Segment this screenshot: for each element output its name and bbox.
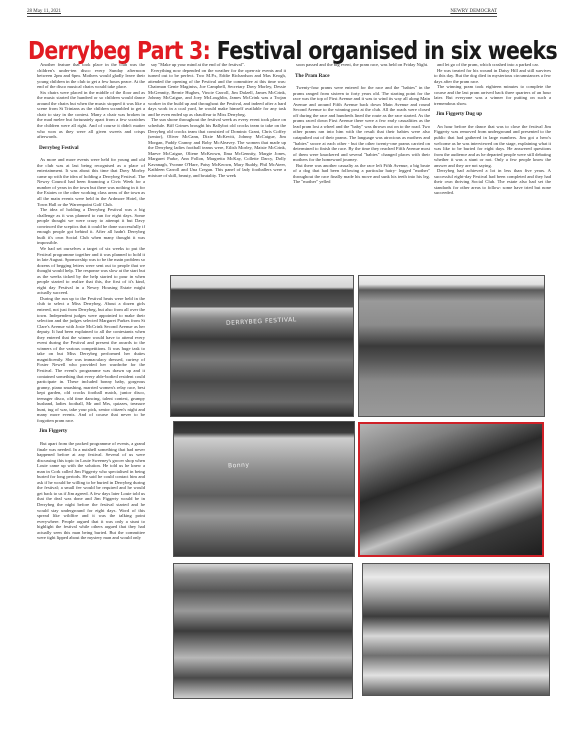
- photo-image: [171, 276, 353, 416]
- paragraph: But there was another casualty as the ra…: [293, 163, 430, 185]
- paragraph: An hour before the dance that was to clo…: [434, 124, 551, 168]
- subheading-pram-race: The Pram Race: [295, 74, 430, 80]
- paragraph: soon passed and the big event, the pram …: [293, 62, 430, 68]
- photo-festival-float-children: DERRYBEG FESTIVAL: [170, 275, 354, 417]
- photo-bonny-baby-contest: Bonny: [173, 421, 355, 557]
- paragraph: Another feature that took place in the c…: [37, 62, 145, 90]
- paragraph: As more and more events were held for yo…: [37, 157, 145, 207]
- headline-series-label: Derrybeg Part 3:: [28, 36, 210, 65]
- paragraph: Six chairs were placed in the middle of …: [37, 90, 145, 140]
- photo-image: [359, 276, 544, 416]
- paragraph: The sun shone throughout the festival we…: [148, 117, 286, 178]
- paragraph: He was treated for his wound in Daisy Hi…: [434, 68, 551, 85]
- paragraph: We had set ourselves a target of six wee…: [37, 246, 145, 296]
- paragraph: Everything now depended on the weather f…: [148, 68, 286, 118]
- photo-children-fancy-dress: [362, 563, 550, 696]
- paragraph: But apart from the packed programme of e…: [37, 441, 145, 541]
- header-rule: [27, 11, 497, 17]
- paragraph: Twenty-four prams were entered for the r…: [293, 85, 430, 163]
- subheading-derrybeg-festival: Derrybeg Festival: [39, 146, 145, 152]
- photo-image: [174, 564, 352, 698]
- article-column-1: Another feature that took place in the c…: [37, 62, 145, 541]
- subheading-jim-figgerty-dug-up: Jim Figgerty Dug up: [436, 112, 551, 118]
- photo-children-prams: [173, 563, 353, 699]
- paragraph: During the run up to the Festival heats …: [37, 296, 145, 424]
- article-column-2: say "Make up your mind at the end of the…: [148, 62, 286, 178]
- headline-main: Festival organised in six weeks: [210, 36, 557, 65]
- paragraph: Derrybeg had achieved a lot in less than…: [434, 168, 551, 196]
- paragraph: The winning pram took eighteen minutes t…: [434, 84, 551, 106]
- photo-image: [360, 424, 542, 555]
- publication-name: NEWRY DEMOCRAT: [450, 9, 497, 14]
- photo-image: [363, 564, 549, 695]
- photo-sash-text: Bonny: [228, 462, 250, 470]
- subheading-jim-figgerty: Jim Figgerty: [39, 429, 145, 435]
- article-column-4: and let go of the pram, which crashed in…: [434, 62, 551, 196]
- paragraph: and let go of the pram, which crashed in…: [434, 62, 551, 68]
- page-date-folio: 28 May 11, 2021: [27, 9, 61, 14]
- photo-image: [174, 422, 354, 556]
- photo-group-adults: [358, 422, 544, 557]
- paragraph: The idea of holding a Derrybeg Festival …: [37, 207, 145, 246]
- article-column-3: soon passed and the big event, the pram …: [293, 62, 430, 185]
- photo-majorettes-parade: [358, 275, 545, 417]
